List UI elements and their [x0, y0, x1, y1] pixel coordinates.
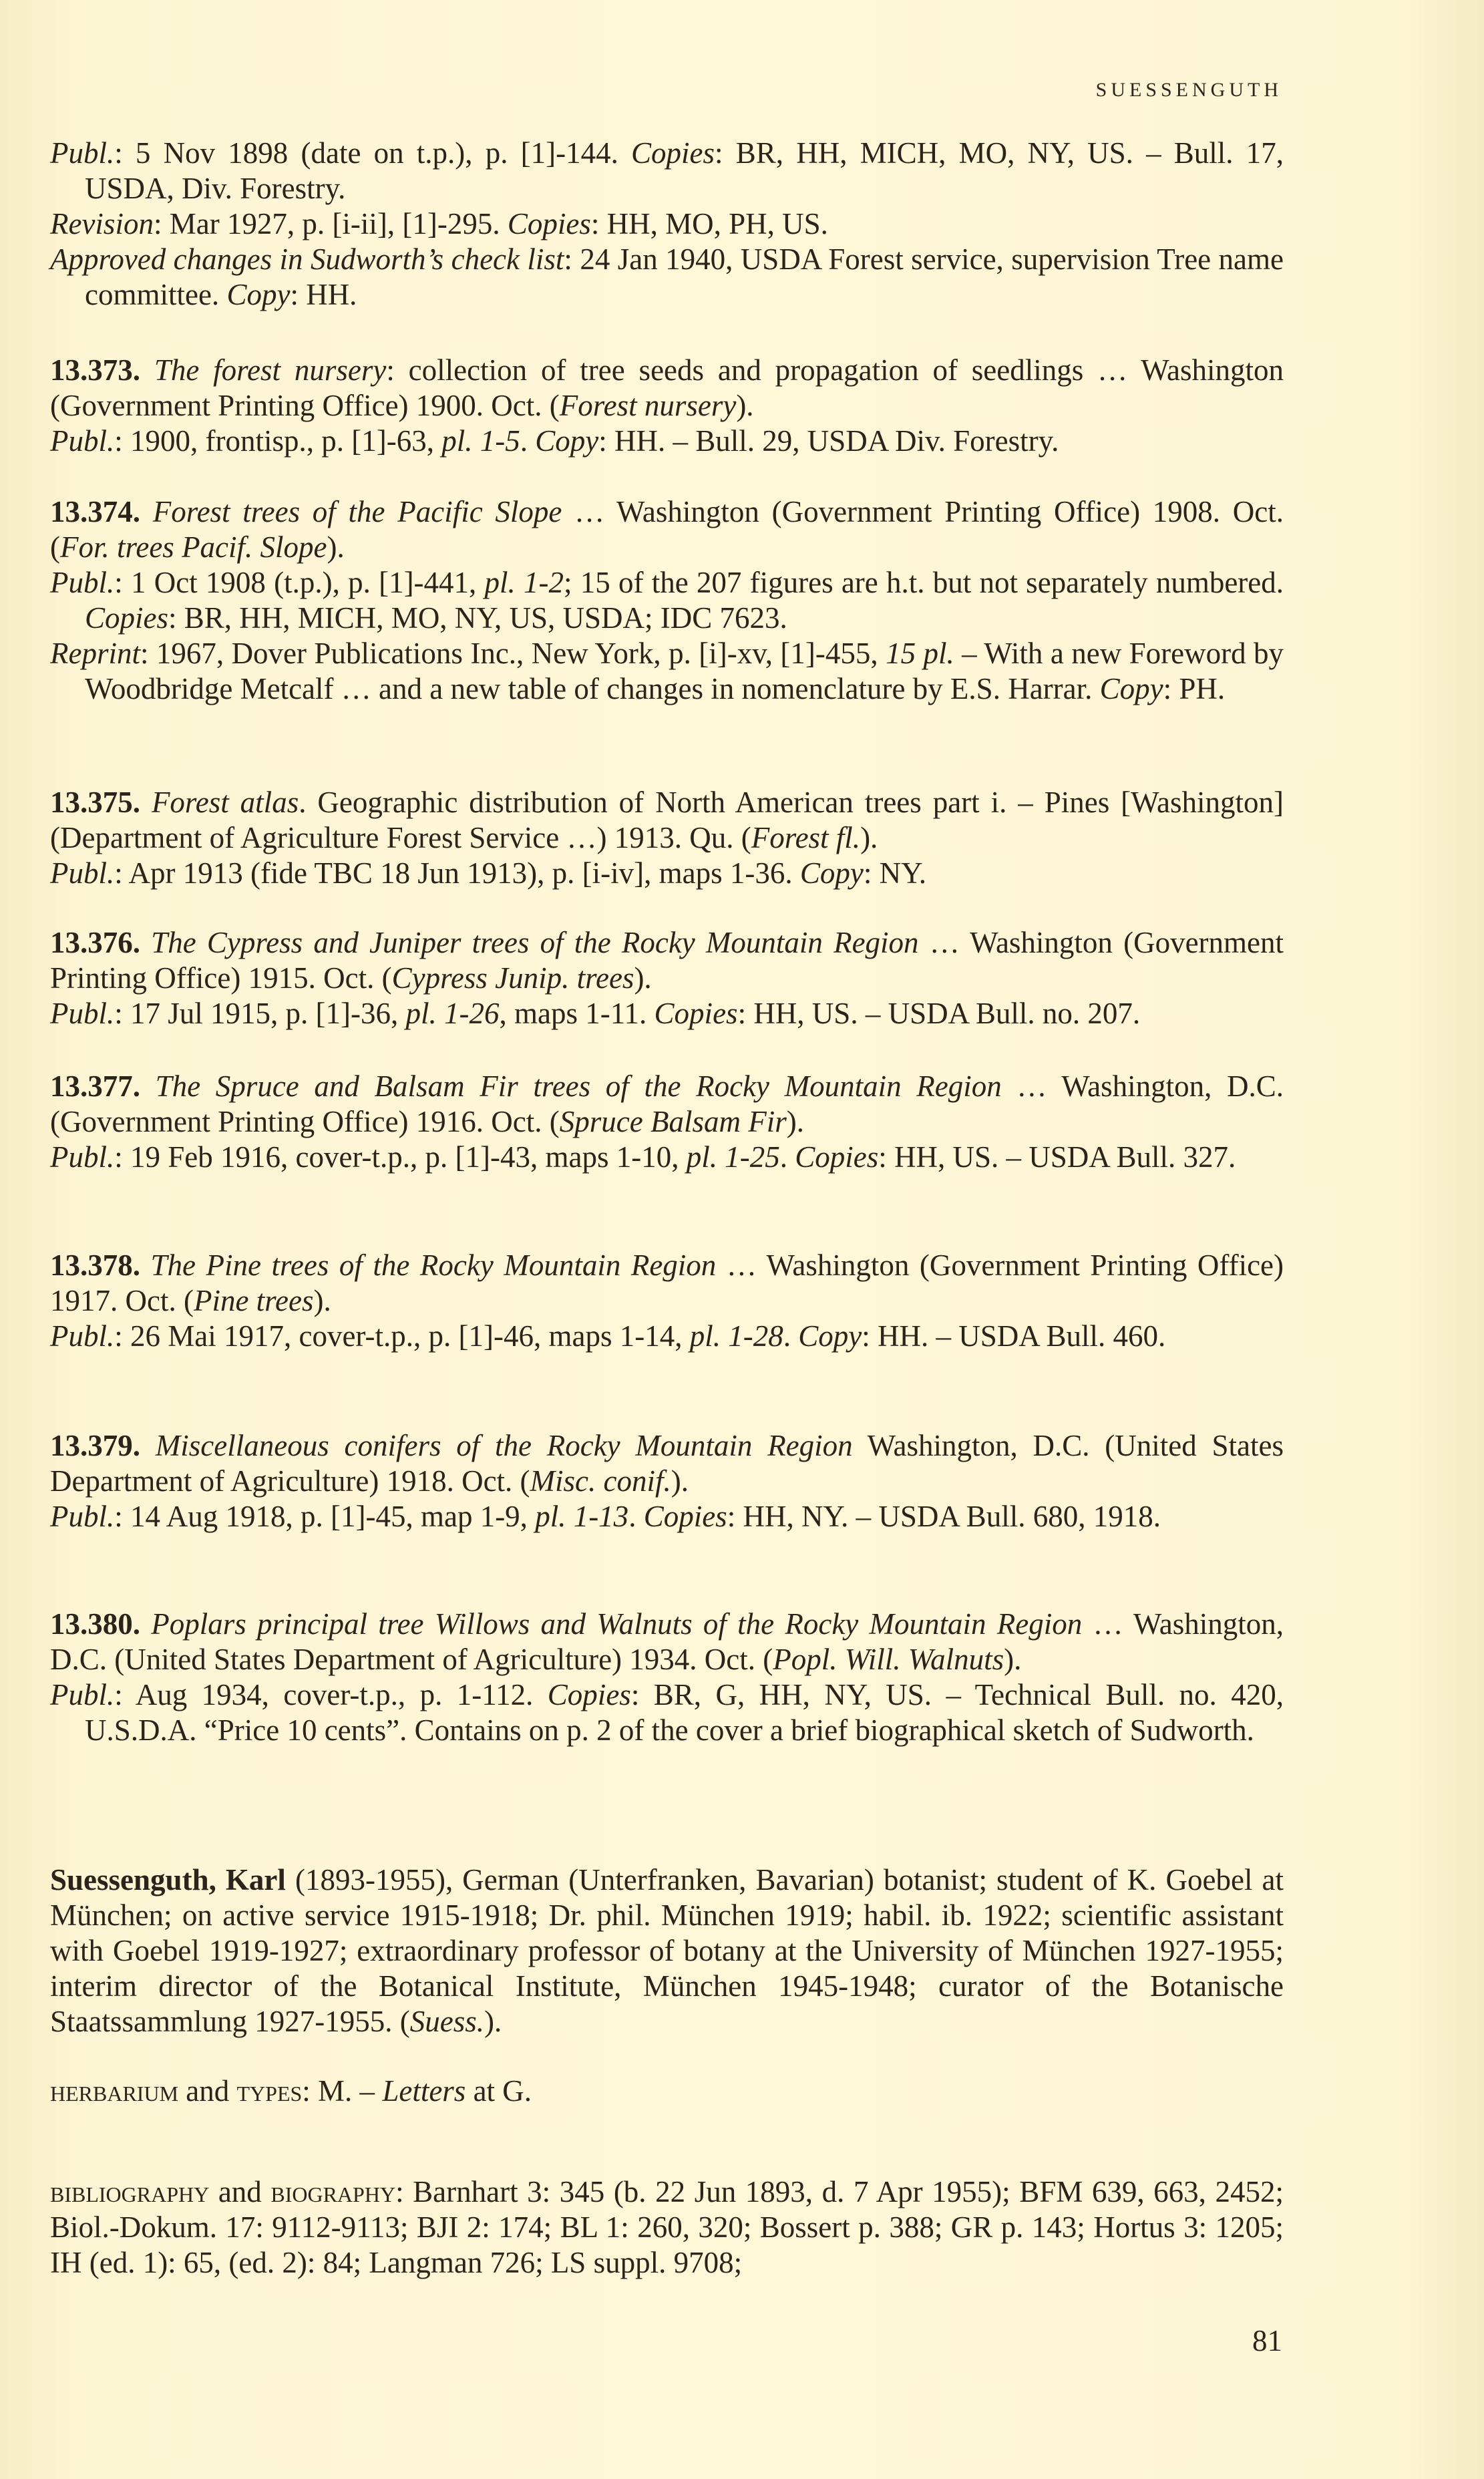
detail-label: Publ. [50, 424, 114, 458]
publication-detail: Reprint: 1967, Dover Publications Inc., … [50, 636, 1284, 707]
entry-abbreviation: Cypress Junip. trees [392, 961, 634, 995]
entry-number: 13.378. [50, 1249, 140, 1282]
detail-label: Publ. [50, 997, 114, 1030]
entry-abbreviation: Forest fl. [751, 821, 860, 854]
entry-abbreviation: Pine trees [194, 1284, 314, 1317]
entry-title: Poplars principal tree Willows and Walnu… [151, 1607, 1082, 1641]
entry-abbreviation: For. trees Pacif. Slope [60, 530, 327, 564]
page-number: 81 [1252, 2323, 1282, 2358]
herbarium-section: herbarium and types: M. – Letters at G. [50, 2074, 1284, 2109]
entry-number: 13.373. [50, 353, 140, 387]
bibliography-label: bibliography [50, 2175, 209, 2208]
entry-number: 13.377. [50, 1069, 140, 1103]
entry-title: The Cypress and Juniper trees of the Roc… [151, 926, 918, 959]
catalog-entry: 13.375. Forest atlas. Geographic distrib… [50, 785, 1284, 891]
detail-label: Reprint [50, 637, 140, 670]
publication-detail: Publ.: Aug 1934, cover-t.p., p. 1-112. C… [50, 1677, 1284, 1748]
entry-abbreviation: Popl. Will. Walnuts [773, 1643, 1004, 1676]
author-abbrev: Suess. [410, 2005, 484, 2038]
entry-number: 13.379. [50, 1429, 140, 1462]
bibliography-section: bibliography and biography: Barnhart 3: … [50, 2174, 1284, 2281]
revision-line: Revision: Mar 1927, p. [i-ii], [1]-295. … [50, 206, 1284, 242]
detail-label: Publ. [50, 1500, 114, 1533]
publ-line: Publ.: 5 Nov 1898 (date on t.p.), p. [1]… [50, 136, 1284, 206]
entry-number: 13.380. [50, 1607, 140, 1641]
publication-detail: Publ.: 1900, frontisp., p. [1]-63, pl. 1… [50, 424, 1284, 459]
sudworth-tail: Publ.: 5 Nov 1898 (date on t.p.), p. [1]… [50, 136, 1284, 313]
publication-detail: Publ.: 19 Feb 1916, cover-t.p., p. [1]-4… [50, 1140, 1284, 1175]
detail-label: Publ. [50, 1140, 114, 1174]
entry-number: 13.376. [50, 926, 140, 959]
publication-detail: Publ.: 17 Jul 1915, p. [1]-36, pl. 1-26,… [50, 996, 1284, 1031]
detail-label: Publ. [50, 566, 114, 599]
entry-title: Forest atlas [152, 786, 299, 819]
entry-abbreviation: Misc. conif. [530, 1464, 671, 1498]
running-head: SUESSENGUTH [1096, 79, 1282, 102]
catalog-entry: 13.377. The Spruce and Balsam Fir trees … [50, 1069, 1284, 1175]
entry-number: 13.375. [50, 786, 140, 819]
catalog-entry: 13.374. Forest trees of the Pacific Slop… [50, 494, 1284, 707]
entry-title: The Pine trees of the Rocky Mountain Reg… [151, 1249, 717, 1282]
detail-label: Publ. [50, 1678, 114, 1711]
types-label: types [237, 2074, 303, 2108]
entry-abbreviation: Spruce Balsam Fir [560, 1105, 787, 1138]
catalog-entry: 13.378. The Pine trees of the Rocky Moun… [50, 1248, 1284, 1354]
publication-detail: Publ.: 26 Mai 1917, cover-t.p., p. [1]-4… [50, 1319, 1284, 1354]
detail-label: Publ. [50, 1319, 114, 1353]
entry-title: The forest nursery [154, 353, 387, 387]
detail-label: Publ. [50, 856, 114, 890]
catalog-entry: 13.379. Miscellaneous conifers of the Ro… [50, 1428, 1284, 1534]
publication-detail: Publ.: 1 Oct 1908 (t.p.), p. [1]-441, pl… [50, 565, 1284, 636]
page: SUESSENGUTH Publ.: 5 Nov 1898 (date on t… [0, 0, 1484, 2479]
publication-detail: Publ.: Apr 1913 (fide TBC 18 Jun 1913), … [50, 856, 1284, 891]
biography-label: biography [270, 2175, 395, 2208]
publication-detail: Publ.: 14 Aug 1918, p. [1]-45, map 1-9, … [50, 1499, 1284, 1534]
entry-abbreviation: Forest nursery [560, 389, 737, 422]
herbarium-label: herbarium [50, 2074, 178, 2108]
entry-title: Forest trees of the Pacific Slope [153, 495, 562, 528]
author-entry: Suessenguth, Karl (1893-1955), German (U… [50, 1862, 1284, 2039]
entry-number: 13.374. [50, 495, 140, 528]
catalog-entry: 13.373. The forest nursery: collection o… [50, 353, 1284, 459]
author-name: Suessenguth, Karl [50, 1863, 286, 1896]
entry-title: Miscellaneous conifers of the Rocky Moun… [156, 1429, 853, 1462]
catalog-entry: 13.380. Poplars principal tree Willows a… [50, 1607, 1284, 1748]
catalog-entry: 13.376. The Cypress and Juniper trees of… [50, 925, 1284, 1031]
entry-title: The Spruce and Balsam Fir trees of the R… [156, 1069, 1002, 1103]
approved-changes-line: Approved changes in Sudworth’s check lis… [50, 242, 1284, 313]
